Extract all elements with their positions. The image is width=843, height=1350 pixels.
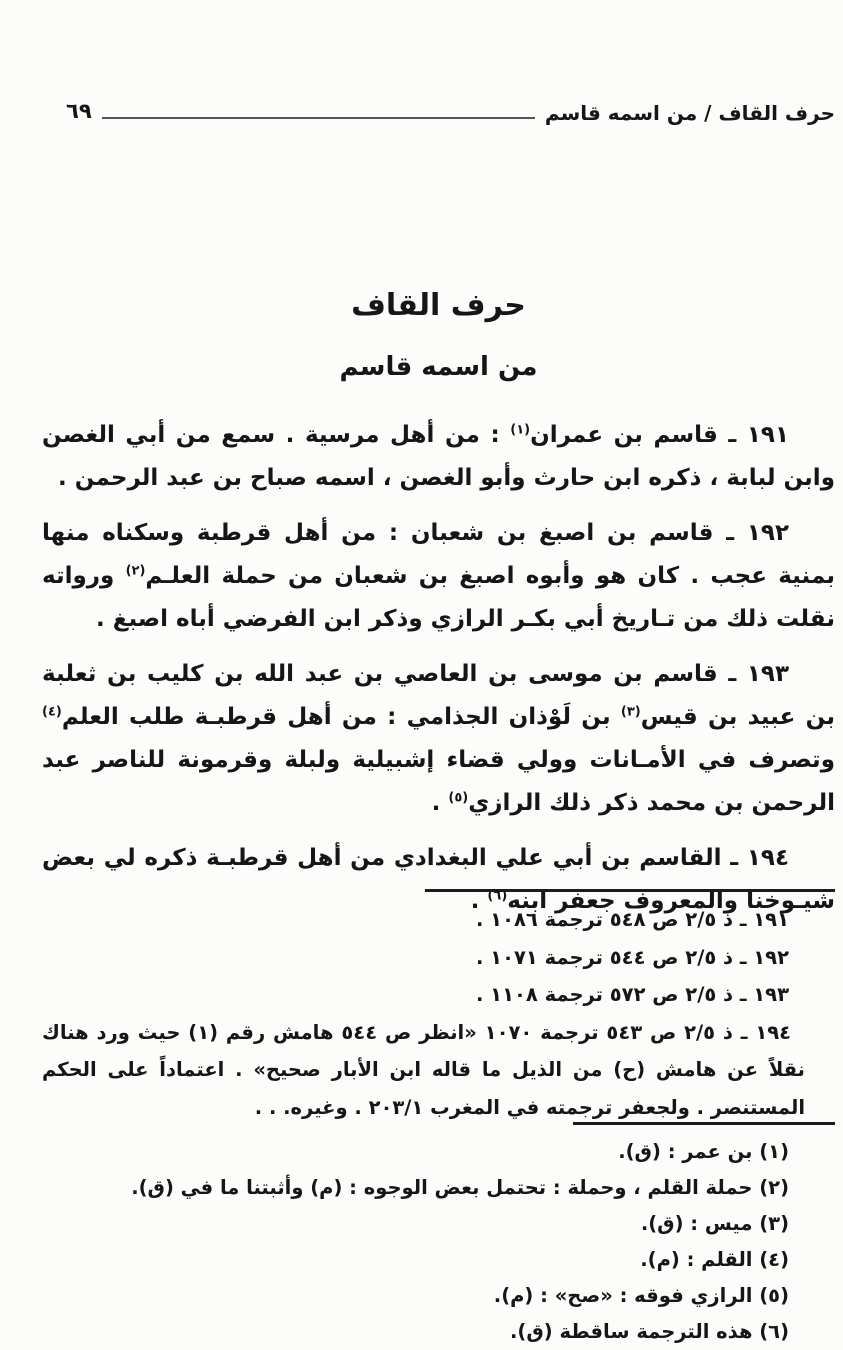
running-title: حرف القاف / من اسمه قاسم xyxy=(545,101,835,125)
footnote-marker: (٢) xyxy=(126,563,146,578)
reference-line: ١٩١ ـ ذ ٢/٥ ص ٥٤٨ ترجمة ١٠٨٦ . xyxy=(42,901,835,939)
footnotes-separator xyxy=(573,1122,835,1125)
footnote-marker: (١) xyxy=(510,422,530,437)
header-rule xyxy=(102,117,535,119)
entry-paragraph: ١٩٣ ـ قاسم بن موسى بن العاصي بن عبد الله… xyxy=(42,653,835,825)
footnote-line: (٣) ميس : (ق). xyxy=(42,1206,835,1242)
entry-paragraph: ١٩١ ـ قاسم بن عمران(١) : من أهل مرسية . … xyxy=(42,414,835,500)
reference-line: ١٩٢ ـ ذ ٢/٥ ص ٥٤٤ ترجمة ١٠٧١ . xyxy=(42,939,835,977)
entry-paragraph: ١٩٢ ـ قاسم بن اصبغ بن شعبان : من أهل قرط… xyxy=(42,512,835,641)
reference-line: ١٩٤ ـ ذ ٢/٥ ص ٥٤٣ ترجمة ١٠٧٠ «انظر ص ٥٤٤… xyxy=(42,1014,835,1127)
footnotes-block: (١) بن عمر : (ق).(٢) حملة القلم ، وحملة … xyxy=(42,1134,835,1350)
reference-line: ١٩٣ ـ ذ ٢/٥ ص ٥٧٢ ترجمة ١١٠٨ . xyxy=(42,976,835,1014)
footnote-line: (٥) الرازي فوقه : «صح» : (م). xyxy=(42,1278,835,1314)
footnote-marker: (٣) xyxy=(621,704,641,719)
references-block: ١٩١ ـ ذ ٢/٥ ص ٥٤٨ ترجمة ١٠٨٦ .١٩٢ ـ ذ ٢/… xyxy=(42,901,835,1126)
footnote-marker: (٥) xyxy=(448,790,468,805)
chapter-title: حرف القاف xyxy=(42,288,835,323)
book-page: حرف القاف / من اسمه قاسم ٦٩ حرف القاف من… xyxy=(0,0,843,1350)
entries-block: ١٩١ ـ قاسم بن عمران(١) : من أهل مرسية . … xyxy=(42,414,835,935)
footnote-line: (٤) القلم : (م). xyxy=(42,1242,835,1278)
page-number: ٦٩ xyxy=(66,99,92,127)
section-subtitle: من اسمه قاسم xyxy=(42,352,835,382)
footnote-line: (١) بن عمر : (ق). xyxy=(42,1134,835,1170)
footnote-line: (٢) حملة القلم ، وحملة : تحتمل بعض الوجو… xyxy=(42,1170,835,1206)
footnote-line: (٦) هذه الترجمة ساقطة (ق). xyxy=(42,1314,835,1350)
references-separator xyxy=(425,889,835,892)
page-header: حرف القاف / من اسمه قاسم ٦٩ xyxy=(66,99,835,127)
footnote-marker: (٤) xyxy=(42,704,62,719)
